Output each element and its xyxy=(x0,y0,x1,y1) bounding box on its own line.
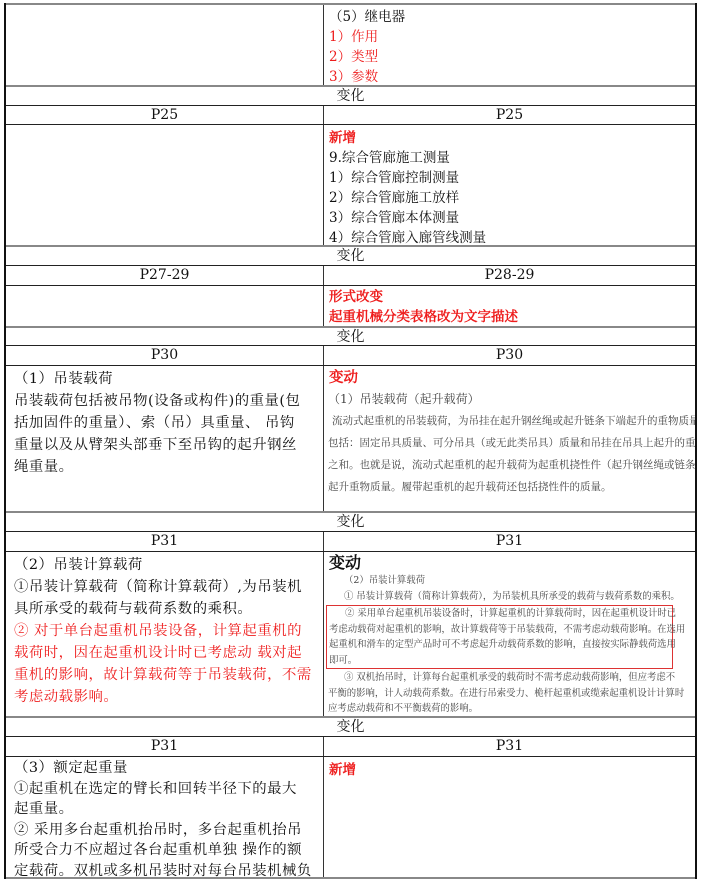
new-content-cell: 变动 （1）吊装载荷（起升载荷） 流动式起重机的吊装载荷，为吊挂在起升钢丝绳或起… xyxy=(324,366,695,511)
comparison-table: （5）继电器 1）作用 2）类型 3）参数 变化 P25 P25 新增 9.综合… xyxy=(4,3,697,879)
page-row: P25 P25 xyxy=(6,105,695,124)
section-header: 变化 xyxy=(6,513,695,531)
new-content-cell: 形式改变 起重机械分类表格改为文字描述 xyxy=(324,286,695,326)
change-label: 新增 xyxy=(329,760,695,780)
content-line: 重机的影响，故计算载荷等于吊装载荷，不需 xyxy=(14,664,318,686)
content-line: 考虑动载影响。 xyxy=(14,686,318,708)
content-line: 之和。也就是说，流动式起重机的起升载荷为起重机挠性件（起升钢丝绳或链条）下的 xyxy=(328,454,689,476)
change-label: 新增 xyxy=(329,128,695,148)
section-header-row: 变化 xyxy=(6,85,695,105)
section-header-row: 变化 xyxy=(6,326,695,345)
section-header: 变化 xyxy=(6,87,695,105)
section-header-row: 变化 xyxy=(6,716,695,736)
content-line: （1）吊装载荷 xyxy=(14,368,318,390)
content-line: 重量以及从臂架头部垂下至吊钩的起升钢丝 xyxy=(14,434,318,456)
content-line: 3）综合管廊本体测量 xyxy=(329,208,695,228)
content-line: （2）吊装计算载荷 xyxy=(14,554,318,576)
new-page: P31 xyxy=(324,737,695,756)
page-row: P31 P31 xyxy=(6,736,695,756)
table-row: 新增 9.综合管廊施工测量 1）综合管廊控制测量 2）综合管廊施工放样 3）综合… xyxy=(6,124,695,245)
content-line: ② 采用单台起重机吊装设备时，计算起重机的计算载荷时，因在起重机设计时已 xyxy=(329,606,672,622)
content-line: 9.综合管廊施工测量 xyxy=(329,148,695,168)
content-line: 3）参数 xyxy=(329,67,695,85)
change-label: 变动 xyxy=(324,368,695,388)
new-content-cell: 变动 （2）吊装计算载荷 ① 吊装计算载荷（简称计算载荷），为吊装机具所承受的载… xyxy=(324,552,695,716)
content-line: 起重机和滑车的定型产品时可不考虑起升动载荷系数的影响，直接按实际静载荷选用 xyxy=(329,637,672,653)
page-row: P30 P30 xyxy=(6,345,695,365)
content-line: 考虑动载荷对起重机的影响，故计算载荷等于吊装载荷，不需考虑动载荷影响。在选用 xyxy=(329,622,672,638)
content-line: 起升重物质量。履带起重机的起升载荷还包括挠性件的质量。 xyxy=(328,476,689,498)
old-page: P25 xyxy=(6,106,324,124)
content-line: 载荷时，因在起重机设计时已考虑动 载对起 xyxy=(14,642,318,664)
section-header: 变化 xyxy=(6,328,695,345)
change-label: 形式改变 xyxy=(329,287,695,307)
content-line: 应考虑动载荷和不平衡载荷的影响。 xyxy=(328,701,687,716)
content-line: 4）综合管廊入廊管线测量 xyxy=(329,228,695,245)
content-line: 具所承受的载荷与载荷系数的乘积。 xyxy=(14,598,318,620)
content-line: ③ 双机抬吊时，计算每台起重机承受的载荷时不需考虑动载荷影响，但应考虑不 xyxy=(328,670,687,686)
table-row: （1）吊装载荷 吊装载荷包括被吊物(设备或构件)的重量(包 括加固件的重量）、索… xyxy=(6,365,695,511)
old-content-cell xyxy=(6,5,324,85)
old-page: P31 xyxy=(6,532,324,551)
new-content-cell: 新增 9.综合管廊施工测量 1）综合管廊控制测量 2）综合管廊施工放样 3）综合… xyxy=(324,125,695,245)
section-header: 变化 xyxy=(6,718,695,736)
section-header-row: 变化 xyxy=(6,245,695,265)
content-line: 定载荷。双机或多机吊装时对每台吊装机械负 xyxy=(14,861,318,878)
content-line: 绳重量。 xyxy=(14,456,318,478)
page-row: P27-29 P28-29 xyxy=(6,265,695,285)
content-line: （1）吊装载荷（起升载荷） xyxy=(328,388,689,410)
section-header-row: 变化 xyxy=(6,511,695,531)
content-line: ② 对于单台起重机吊装设备，计算起重机的 xyxy=(14,620,318,642)
change-label: 变动 xyxy=(324,553,695,573)
old-page: P27-29 xyxy=(6,266,324,285)
old-content-cell: （1）吊装载荷 吊装载荷包括被吊物(设备或构件)的重量(包 括加固件的重量）、索… xyxy=(6,366,324,511)
new-page: P31 xyxy=(324,532,695,551)
old-content-cell: （2）吊装计算载荷 ①吊装计算载荷（简称计算载荷）,为吊装机 具所承受的载荷与载… xyxy=(6,552,324,716)
content-line: 2）类型 xyxy=(329,47,695,67)
content-line: 流动式起重机的吊装载荷，为吊挂在起升钢丝绳或起升链条下端起升的重物质量。 xyxy=(328,410,689,432)
content-line: ①起重机在选定的臂长和回转半径下的最大 xyxy=(14,779,318,800)
content-line: 2）综合管廊施工放样 xyxy=(329,188,695,208)
old-page: P30 xyxy=(6,346,324,365)
highlight-box: ② 采用单台起重机吊装设备时，计算起重机的计算载荷时，因在起重机设计时已 考虑动… xyxy=(326,605,673,669)
new-page: P25 xyxy=(324,106,695,124)
content-line: 1）综合管廊控制测量 xyxy=(329,168,695,188)
scanned-excerpt-image: （1）吊装载荷（起升载荷） 流动式起重机的吊装载荷，为吊挂在起升钢丝绳或起升链条… xyxy=(324,388,695,498)
new-page: P28-29 xyxy=(324,266,695,285)
section-header: 变化 xyxy=(6,247,695,265)
content-line: （5）继电器 xyxy=(329,7,695,27)
table-row: 形式改变 起重机械分类表格改为文字描述 xyxy=(6,285,695,326)
content-line: （2）吊装计算载荷 xyxy=(328,573,687,589)
content-line: ①吊装计算载荷（简称计算载荷）,为吊装机 xyxy=(14,576,318,598)
content-line: 括加固件的重量）、索（吊）具重量、 吊钩 xyxy=(14,412,318,434)
content-line: 即可。 xyxy=(329,653,672,669)
content-line: 包括：固定吊具质量、可分吊具（或无此类吊具）质量和吊挂在吊具上起升的重物质量 xyxy=(328,432,689,454)
new-page: P30 xyxy=(324,346,695,365)
table-row: （5）继电器 1）作用 2）类型 3）参数 xyxy=(6,3,695,85)
old-page: P31 xyxy=(6,737,324,756)
content-line: 吊装载荷包括被吊物(设备或构件)的重量(包 xyxy=(14,390,318,412)
content-line: （3）额定起重量 xyxy=(14,758,318,779)
old-content-cell: （3）额定起重量 ①起重机在选定的臂长和回转半径下的最大 起重量。 ② 采用多台… xyxy=(6,757,324,877)
content-line: 平衡的影响，计人动载荷系数。在进行吊索受力、桅杆起重机或缆索起重机设计计算时 xyxy=(328,686,687,702)
content-line: ① 吊装计算载荷（简称计算载荷），为吊装机具所承受的载荷与载荷系数的乘积。 xyxy=(328,589,687,605)
new-content-cell: 新增 xyxy=(324,757,695,877)
table-row: （2）吊装计算载荷 ①吊装计算载荷（简称计算载荷）,为吊装机 具所承受的载荷与载… xyxy=(6,551,695,716)
new-content-cell: （5）继电器 1）作用 2）类型 3）参数 xyxy=(324,5,695,85)
content-line: 1）作用 xyxy=(329,27,695,47)
old-content-cell xyxy=(6,286,324,326)
content-line: 所受合力不应超过各台起重机单独 操作的额 xyxy=(14,840,318,861)
scanned-excerpt-image: （2）吊装计算载荷 ① 吊装计算载荷（简称计算载荷），为吊装机具所承受的载荷与载… xyxy=(324,573,695,716)
page-row: P31 P31 xyxy=(6,531,695,551)
content-line: 起重量。 xyxy=(14,799,318,820)
table-row: （3）额定起重量 ①起重机在选定的臂长和回转半径下的最大 起重量。 ② 采用多台… xyxy=(6,756,695,879)
content-line: 起重机械分类表格改为文字描述 xyxy=(329,307,695,326)
old-content-cell xyxy=(6,125,324,245)
content-line: ② 采用多台起重机抬吊时，多台起重机抬吊 xyxy=(14,820,318,841)
